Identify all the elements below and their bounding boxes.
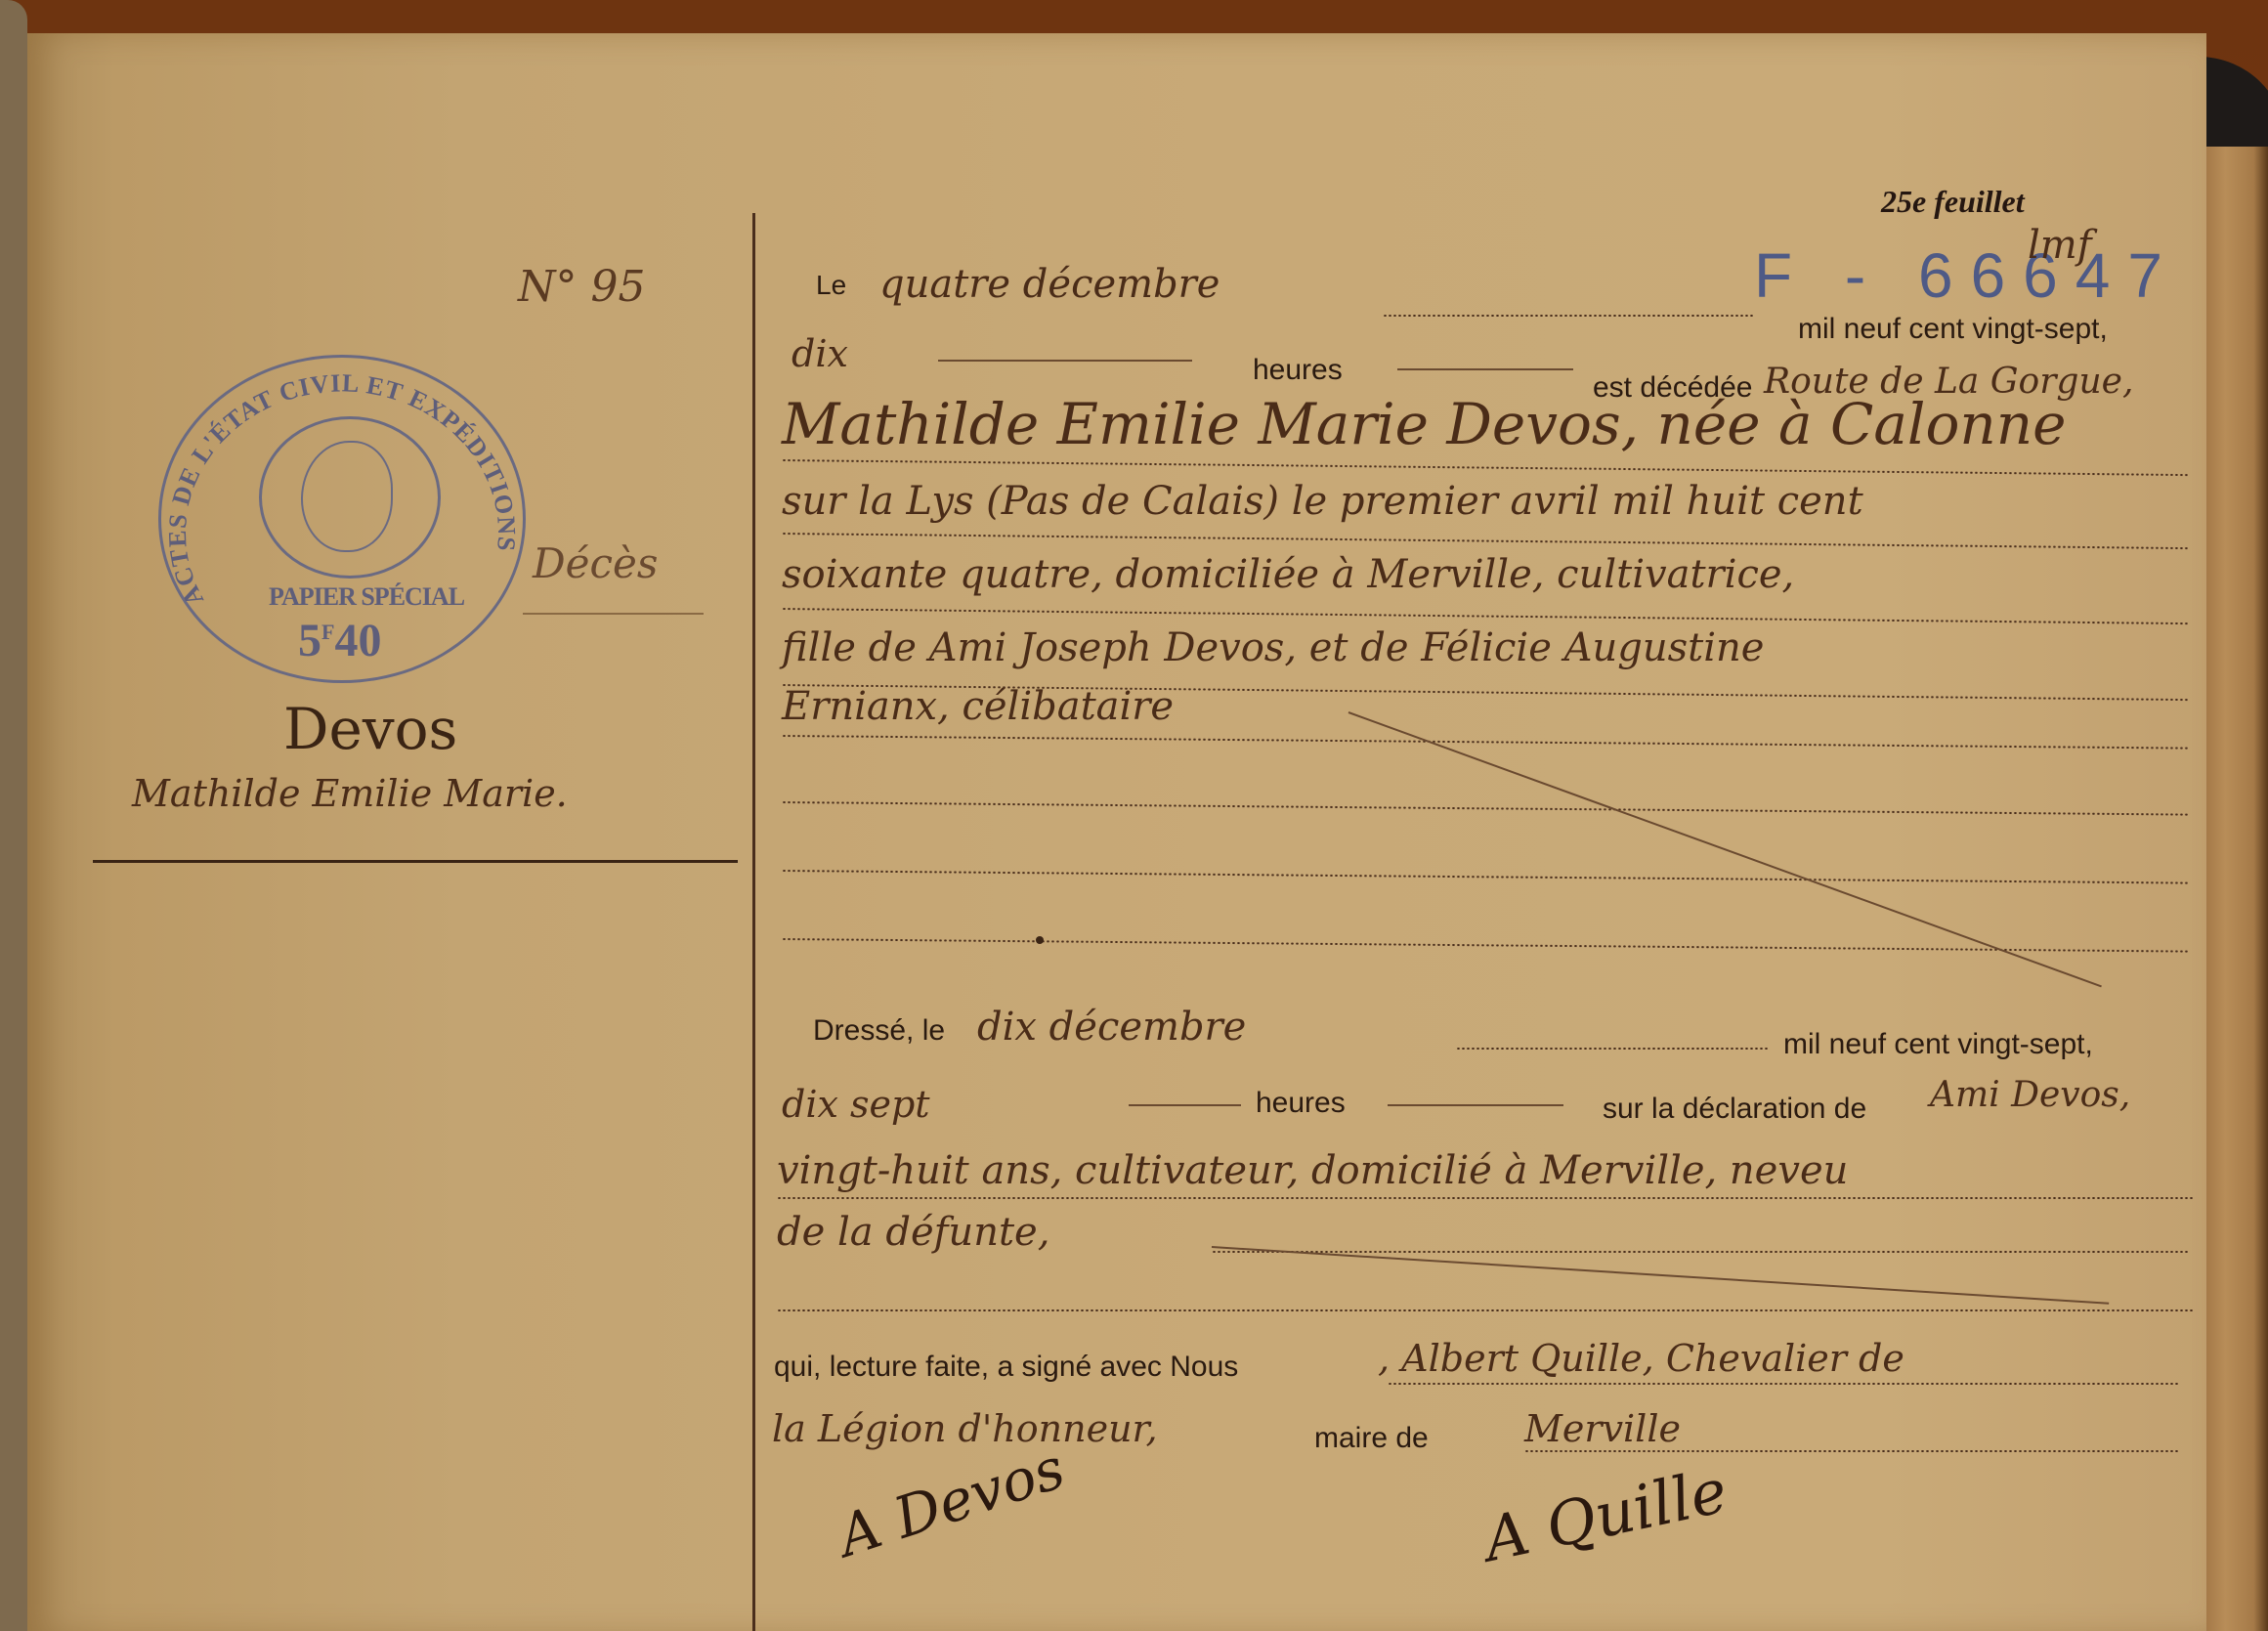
ruled-line <box>777 1309 2194 1311</box>
printed-heures-2: heures <box>1256 1087 1346 1120</box>
record-hour: dix sept <box>782 1083 930 1126</box>
page-stack-edge <box>2197 147 2268 1631</box>
act-number: N° 95 <box>518 262 645 312</box>
declarant-details: vingt-huit ans, cultivateur, domicilié à… <box>777 1148 1848 1193</box>
printed-dresse-le: Dressé, le <box>813 1014 945 1048</box>
printed-declaration: sur la déclaration de <box>1603 1093 1866 1126</box>
record-year: mil neuf cent vingt-sept, <box>1783 1028 2093 1061</box>
margin-given-names: Mathilde Emilie Marie. <box>132 772 568 815</box>
stamp-label: PAPIER SPÉCIAL <box>269 582 464 612</box>
fiscal-stamp: ACTES DE L'ÉTAT CIVIL ET EXPÉDITIONS PAP… <box>158 355 526 683</box>
blank-line-strike <box>938 360 1192 362</box>
ruled-line <box>1456 1048 1769 1050</box>
parents: fille de Ami Joseph Devos, et de Félicie… <box>782 625 1764 670</box>
residence-occupation: soixante quatre, domiciliée à Merville, … <box>782 552 1794 597</box>
ruled-line <box>1212 1251 2189 1253</box>
blank-line-strike <box>1388 1104 1563 1106</box>
commune: Merville <box>1524 1407 1681 1450</box>
stamp-price-sup: F <box>321 620 334 644</box>
act-kind-rule <box>523 613 704 615</box>
act-kind: Décès <box>533 539 658 587</box>
margin-surname: Devos <box>283 696 457 762</box>
declarant-name: Ami Devos, <box>1930 1075 2130 1115</box>
mayor-name-title: , Albert Quille, Chevalier de <box>1378 1337 1904 1380</box>
marianne-profile-icon <box>301 441 393 552</box>
stamp-price-main: 5 <box>298 615 321 666</box>
stamp-medallion <box>259 416 441 579</box>
printed-le: Le <box>816 270 846 301</box>
sheet-label: 25e feuillet <box>1881 184 2025 220</box>
stamp-price: 5F40 <box>298 614 381 667</box>
blank-line-strike <box>1129 1104 1241 1106</box>
column-divider <box>752 213 755 1631</box>
stamp-price-cents: 40 <box>334 615 381 666</box>
ruled-line <box>1383 315 1754 317</box>
blank-line-strike <box>1397 368 1573 370</box>
mayor-honor: la Légion d'honneur, <box>772 1407 1158 1450</box>
reference-initials: lmf <box>2028 223 2092 268</box>
deceased-full-name: Mathilde Emilie Marie Devos, née à Calon… <box>782 391 2066 457</box>
death-year: mil neuf cent vingt-sept, <box>1798 313 2108 346</box>
ink-dot <box>1036 936 1044 944</box>
birth-details: sur la Lys (Pas de Calais) le premier av… <box>782 479 1863 524</box>
death-hour: dix <box>792 332 848 375</box>
ruled-line <box>777 1197 2194 1199</box>
marital-status: Ernianx, célibataire <box>782 684 1174 729</box>
reference-number: F - 66647 <box>1754 239 2180 312</box>
ruled-line <box>1388 1383 2179 1385</box>
printed-maire-de: maire de <box>1314 1422 1429 1455</box>
printed-closing: qui, lecture faite, a signé avec Nous <box>774 1351 1238 1384</box>
ruled-line <box>1524 1450 2179 1452</box>
margin-rule <box>93 860 738 863</box>
previous-page-edge <box>0 0 27 1631</box>
declarant-relation: de la défunte, <box>777 1210 1049 1255</box>
printed-heures: heures <box>1253 354 1343 387</box>
record-date: dix décembre <box>977 1005 1246 1050</box>
death-date: quatre décembre <box>879 262 1220 307</box>
